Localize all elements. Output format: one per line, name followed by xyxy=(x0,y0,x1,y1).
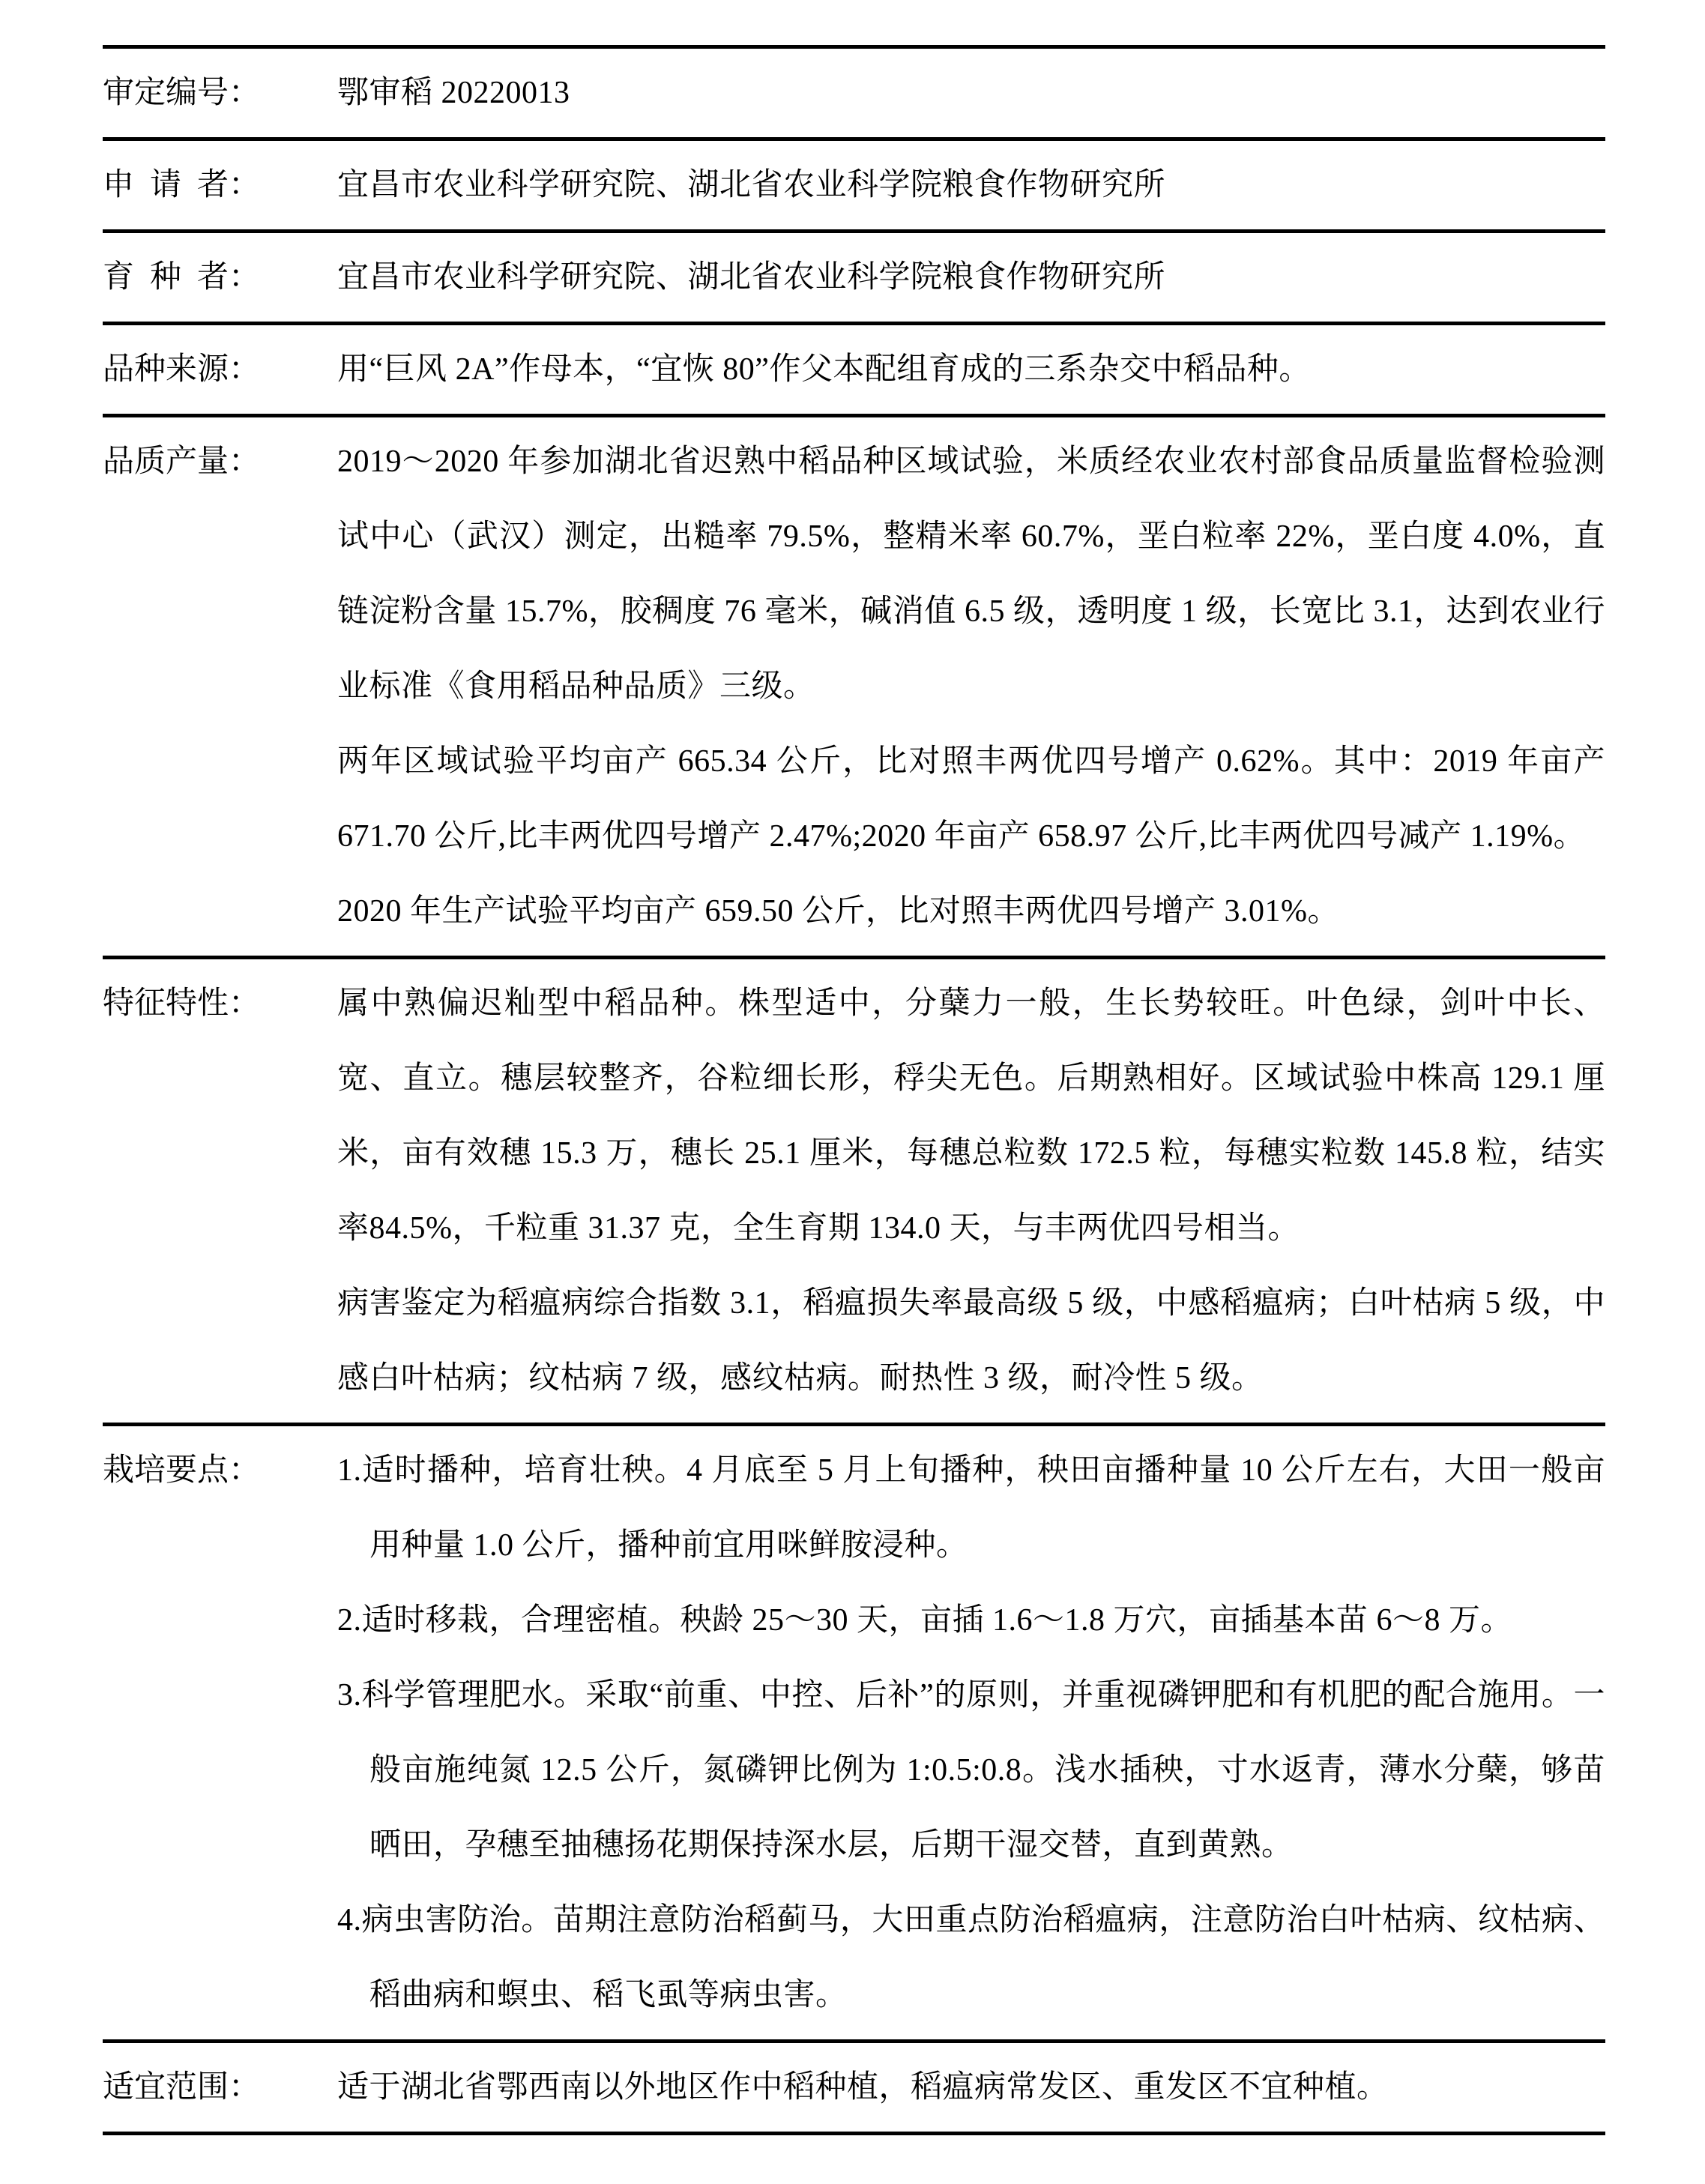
row-content: 用“巨风 2A”作母本，“宜恢 80”作父本配组育成的三系杂交中稻品种。 xyxy=(337,332,1605,407)
row-label-text: 品种来源 xyxy=(103,332,229,407)
row-content: 适于湖北省鄂西南以外地区作中稻种植，稻瘟病常发区、重发区不宜种植。 xyxy=(337,2050,1605,2125)
rice-variety-approval-table: 审定编号： 鄂审稻 20220013 申请者： 宜昌市农业科学研究院、湖北省农业… xyxy=(103,45,1605,2135)
paragraph: 宜昌市农业科学研究院、湖北省农业科学院粮食作物研究所 xyxy=(337,240,1605,315)
paragraph: 2019～2020 年参加湖北省迟熟中稻品种区域试验，米质经农业农村部食品质量监… xyxy=(337,424,1605,724)
row-label-text: 育种者 xyxy=(103,240,229,315)
paragraph: 用“巨风 2A”作母本，“宜恢 80”作父本配组育成的三系杂交中稻品种。 xyxy=(337,332,1605,407)
paragraph: 宜昌市农业科学研究院、湖北省农业科学院粮食作物研究所 xyxy=(337,148,1605,223)
row-content: 属中熟偏迟籼型中稻品种。株型适中，分蘖力一般，生长势较旺。叶色绿，剑叶中长、宽、… xyxy=(337,966,1605,1416)
row-label-text: 栽培要点 xyxy=(103,1433,229,1508)
row-label-text: 特征特性 xyxy=(103,966,229,1041)
row-applicant: 申请者： 宜昌市农业科学研究院、湖北省农业科学院粮食作物研究所 xyxy=(103,141,1605,233)
list-item: 3.科学管理肥水。采取“前重、中控、后补”的原则，并重视磷钾肥和有机肥的配合施用… xyxy=(337,1658,1605,1883)
paragraph: 属中熟偏迟籼型中稻品种。株型适中，分蘖力一般，生长势较旺。叶色绿，剑叶中长、宽、… xyxy=(337,966,1605,1266)
row-label: 申请者： xyxy=(103,148,337,223)
list-item: 1.适时播种，培育壮秧。4 月底至 5 月上旬播种，秧田亩播种量 10 公斤左右… xyxy=(337,1433,1605,1583)
row-label-colon: ： xyxy=(229,986,260,1021)
row-label: 育种者： xyxy=(103,240,337,315)
row-quality-yield: 品质产量： 2019～2020 年参加湖北省迟熟中稻品种区域试验，米质经农业农村… xyxy=(103,417,1605,959)
paragraph: 病害鉴定为稻瘟病综合指数 3.1，稻瘟损失率最高级 5 级，中感稻瘟病；白叶枯病… xyxy=(337,1266,1605,1416)
row-label: 栽培要点： xyxy=(103,1433,337,2033)
row-label: 品种来源： xyxy=(103,332,337,407)
row-label: 适宜范围： xyxy=(103,2050,337,2125)
list-item: 4.病虫害防治。苗期注意防治稻蓟马，大田重点防治稻瘟病，注意防治白叶枯病、纹枯病… xyxy=(337,1883,1605,2033)
paragraph: 2020 年生产试验平均亩产 659.50 公斤，比对照丰两优四号增产 3.01… xyxy=(337,874,1605,949)
document-page: 审定编号： 鄂审稻 20220013 申请者： 宜昌市农业科学研究院、湖北省农业… xyxy=(0,0,1705,2184)
row-content: 宜昌市农业科学研究院、湖北省农业科学院粮食作物研究所 xyxy=(337,148,1605,223)
row-label: 特征特性： xyxy=(103,966,337,1416)
row-label: 审定编号： xyxy=(103,55,337,130)
row-variety-source: 品种来源： 用“巨风 2A”作母本，“宜恢 80”作父本配组育成的三系杂交中稻品… xyxy=(103,325,1605,417)
row-content: 2019～2020 年参加湖北省迟熟中稻品种区域试验，米质经农业农村部食品质量监… xyxy=(337,424,1605,949)
row-label: 品质产量： xyxy=(103,424,337,949)
row-label-colon: ： xyxy=(229,168,260,202)
list-item: 2.适时移栽，合理密植。秧龄 25～30 天，亩插 1.6～1.8 万穴，亩插基… xyxy=(337,1583,1605,1658)
row-approval-number: 审定编号： 鄂审稻 20220013 xyxy=(103,49,1605,141)
row-characteristics: 特征特性： 属中熟偏迟籼型中稻品种。株型适中，分蘖力一般，生长势较旺。叶色绿，剑… xyxy=(103,959,1605,1426)
table-rows: 审定编号： 鄂审稻 20220013 申请者： 宜昌市农业科学研究院、湖北省农业… xyxy=(103,49,1605,2132)
row-content: 1.适时播种，培育壮秧。4 月底至 5 月上旬播种，秧田亩播种量 10 公斤左右… xyxy=(337,1433,1605,2033)
row-content: 宜昌市农业科学研究院、湖北省农业科学院粮食作物研究所 xyxy=(337,240,1605,315)
row-label-colon: ： xyxy=(229,1453,260,1488)
paragraph: 适于湖北省鄂西南以外地区作中稻种植，稻瘟病常发区、重发区不宜种植。 xyxy=(337,2050,1605,2125)
row-label-colon: ： xyxy=(229,2070,260,2105)
row-label-colon: ： xyxy=(229,352,260,387)
row-suitable-region: 适宜范围： 适于湖北省鄂西南以外地区作中稻种植，稻瘟病常发区、重发区不宜种植。 xyxy=(103,2043,1605,2132)
paragraph: 鄂审稻 20220013 xyxy=(337,55,1605,130)
row-label-colon: ： xyxy=(229,260,260,295)
row-cultivation-points: 栽培要点： 1.适时播种，培育壮秧。4 月底至 5 月上旬播种，秧田亩播种量 1… xyxy=(103,1426,1605,2043)
row-label-colon: ： xyxy=(229,76,260,110)
row-breeder: 育种者： 宜昌市农业科学研究院、湖北省农业科学院粮食作物研究所 xyxy=(103,233,1605,325)
paragraph: 两年区域试验平均亩产 665.34 公斤，比对照丰两优四号增产 0.62%。其中… xyxy=(337,724,1605,874)
row-label-text: 审定编号 xyxy=(103,55,229,130)
row-label-text: 适宜范围 xyxy=(103,2050,229,2125)
row-label-text: 品质产量 xyxy=(103,424,229,499)
row-content: 鄂审稻 20220013 xyxy=(337,55,1605,130)
row-label-text: 申请者 xyxy=(103,148,229,223)
row-label-colon: ： xyxy=(229,444,260,479)
